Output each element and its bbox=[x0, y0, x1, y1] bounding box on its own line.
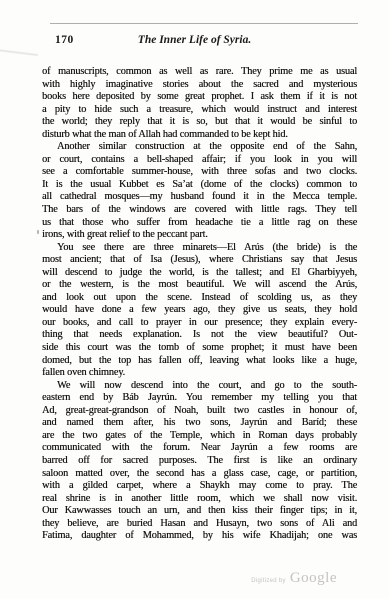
text-line-p1-l2: with highly imaginative stories about th… bbox=[42, 79, 357, 92]
text-line-p3-l3: will descend to judge the world, is the … bbox=[42, 267, 357, 280]
text-line-p4-l9: with a gilded carpet, where a Shaykh may… bbox=[42, 480, 357, 493]
text-line-p4-l10: real shrine is in another little room, w… bbox=[42, 493, 357, 506]
text-line-p4-l8: saloon matted over, the second has a gla… bbox=[42, 468, 357, 481]
text-line-p3-l4: or the western, is the most beautiful. W… bbox=[42, 279, 357, 292]
text-line-p3-l8: thing that needs explanation. Is not the… bbox=[42, 329, 357, 342]
text-line-p2-l5: all cathedral mosques—my husband found i… bbox=[42, 191, 357, 204]
page-text-block: of manuscripts, common as well as rare. … bbox=[42, 66, 357, 543]
digitized-watermark: Digitized by Google bbox=[251, 570, 337, 587]
text-line-p2-l1: Another similar construction at the oppo… bbox=[42, 141, 357, 154]
text-line-p4-l5: are the two gates of the Temple, which i… bbox=[42, 430, 357, 443]
text-line-p3-l2: most ancient; that of Isa (Jesus), where… bbox=[42, 254, 357, 267]
scan-artifact-top-line bbox=[50, 23, 358, 24]
text-line-p3-l11: fallen oven chimney. bbox=[42, 367, 357, 380]
text-line-p1-l6: disturb what the man of Allah had comman… bbox=[42, 129, 357, 142]
text-line-p2-l4: It is the usual Kubbet es Sa’at (dome of… bbox=[42, 179, 357, 192]
book-page: 170 The Inner Life of Syria. of manuscri… bbox=[0, 0, 389, 599]
text-line-p3-l9: side this court was the tomb of some pro… bbox=[42, 342, 357, 355]
text-line-p4-l7: barred off for sacred purposes. The firs… bbox=[42, 455, 357, 468]
text-line-p4-l12: they believe, are buried Hasan and Husay… bbox=[42, 518, 357, 531]
text-line-p2-l3: see a comfortable summer-house, with thr… bbox=[42, 166, 357, 179]
text-line-p2-l2: or court, contains a bell-shaped affair;… bbox=[42, 154, 357, 167]
text-line-p4-l13: Fatima, daughter of Mohammed, by his wif… bbox=[42, 530, 357, 543]
text-line-p3-l6: would have done a few years ago, they gi… bbox=[42, 304, 357, 317]
text-line-p4-l3: Ad, great-great-grandson of Noah, built … bbox=[42, 405, 357, 418]
google-logo: Google bbox=[290, 570, 337, 587]
text-line-p2-l7: us that those who suffer from headache t… bbox=[42, 217, 357, 230]
text-line-p4-l2: eastern end by Báb Jayrún. You remember … bbox=[42, 392, 357, 405]
running-title: The Inner Life of Syria. bbox=[0, 34, 389, 46]
scan-artifact-streak bbox=[0, 49, 38, 55]
text-line-p4-l6: communicated with the forum. Near Jayrún… bbox=[42, 442, 357, 455]
scan-artifact-speck bbox=[37, 230, 39, 234]
text-line-p1-l3: books here deposited by some great proph… bbox=[42, 91, 357, 104]
text-line-p2-l8: irons, with great relief to the peccant … bbox=[42, 229, 357, 242]
text-line-p4-l1: We will now descend into the court, and … bbox=[42, 380, 357, 393]
digitized-by-label: Digitized by bbox=[251, 578, 286, 584]
text-line-p3-l5: and look out upon the scene. Instead of … bbox=[42, 292, 357, 305]
text-line-p3-l1: You see there are three minarets—El Arús… bbox=[42, 242, 357, 255]
text-line-p1-l4: a pity to hide such a treasure, which wo… bbox=[42, 104, 357, 117]
text-line-p1-l5: the world; they reply that it is so, but… bbox=[42, 116, 357, 129]
text-line-p4-l4: and named them after, his two sons, Jayr… bbox=[42, 417, 357, 430]
text-line-p2-l6: The bars of the windows are covered with… bbox=[42, 204, 357, 217]
text-line-p3-l7: our books, and call to prayer in our pre… bbox=[42, 317, 357, 330]
text-line-p3-l10: domed, but the top has fallen off, leavi… bbox=[42, 355, 357, 368]
text-line-p1-l1: of manuscripts, common as well as rare. … bbox=[42, 66, 357, 79]
text-line-p4-l11: Our Kawwasses touch an urn, and then kis… bbox=[42, 505, 357, 518]
